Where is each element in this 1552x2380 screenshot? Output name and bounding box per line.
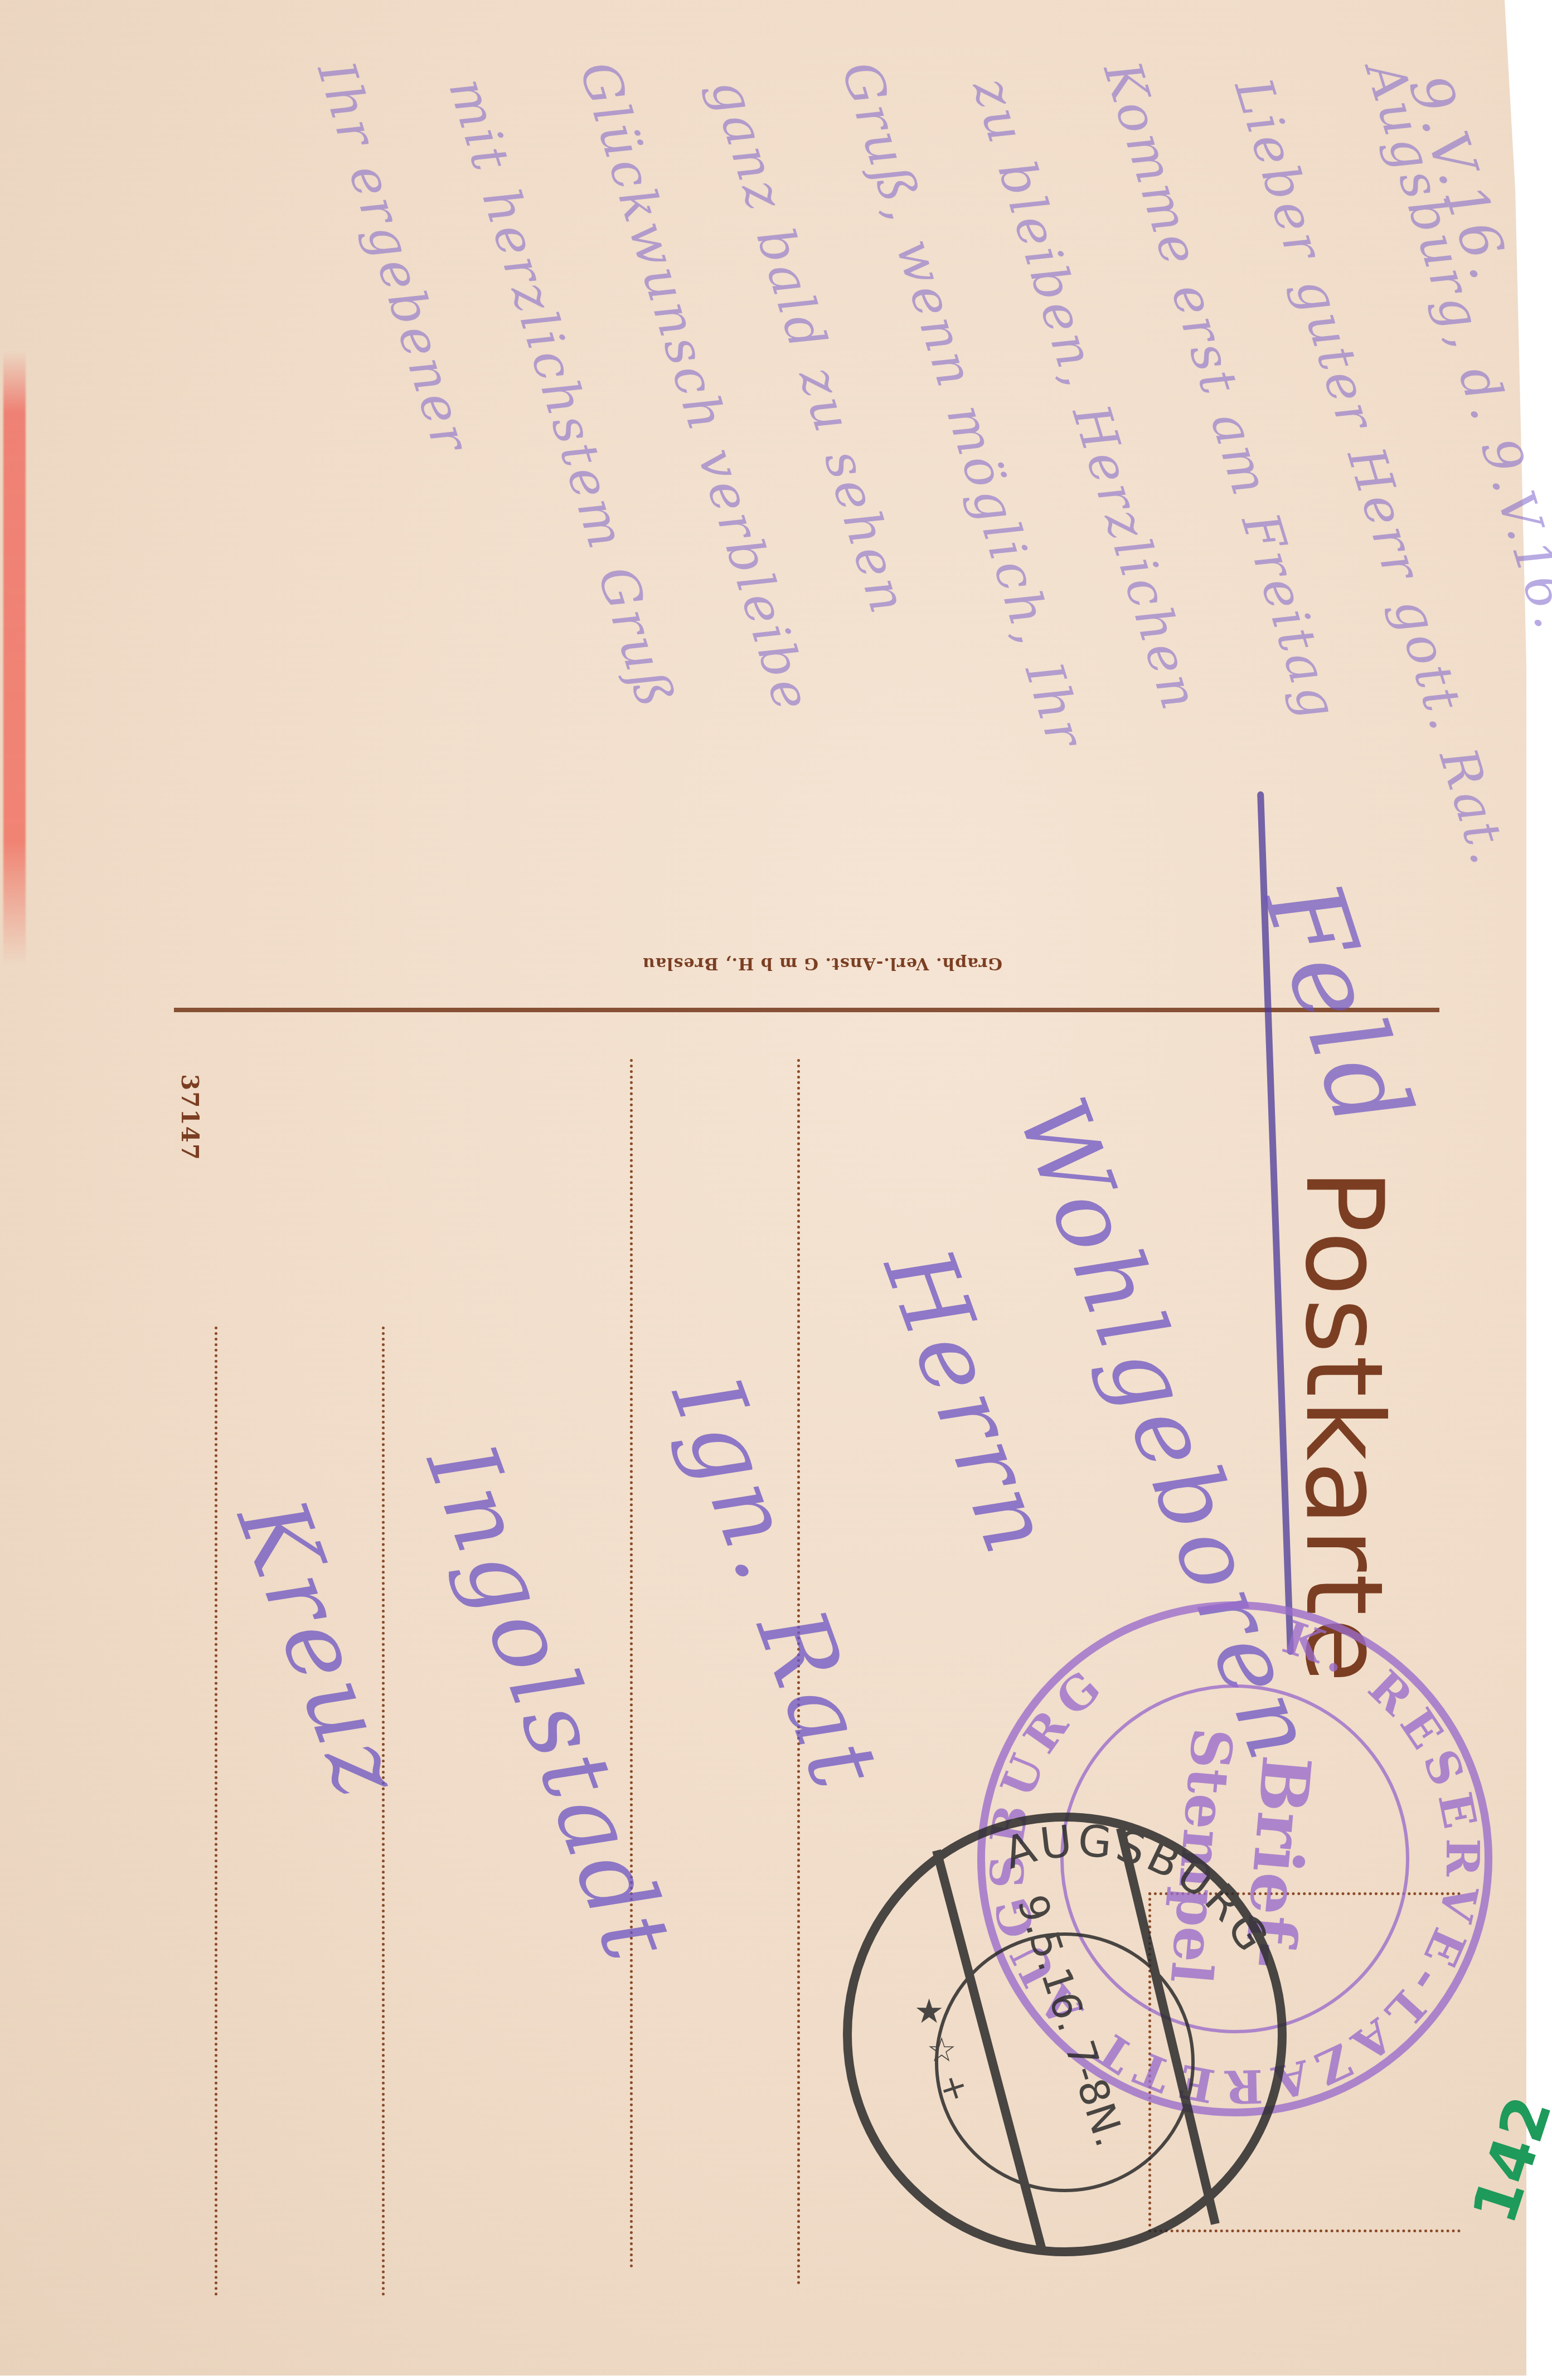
augsburg-postmark: AUGSBURG 9.5.16. 7-8N. ★ ☆ + [825,1795,1304,2274]
publisher-imprint: Graph. Verl.-Anst. G m b H., Breslau [642,954,1002,973]
card-number: 37147 [176,1074,203,1161]
address-divider-line [174,1008,1439,1012]
address-line-4 [215,1327,217,2296]
scan-background [1526,0,1552,2380]
address-line-2 [630,1059,633,2269]
red-pencil-mark [3,351,26,964]
address-line-3 [382,1327,385,2296]
svg-text:9.5.16. 7-8N.: 9.5.16. 7-8N. [1008,1889,1134,2152]
svg-text:★ ☆ +: ★ ☆ + [906,1992,977,2107]
